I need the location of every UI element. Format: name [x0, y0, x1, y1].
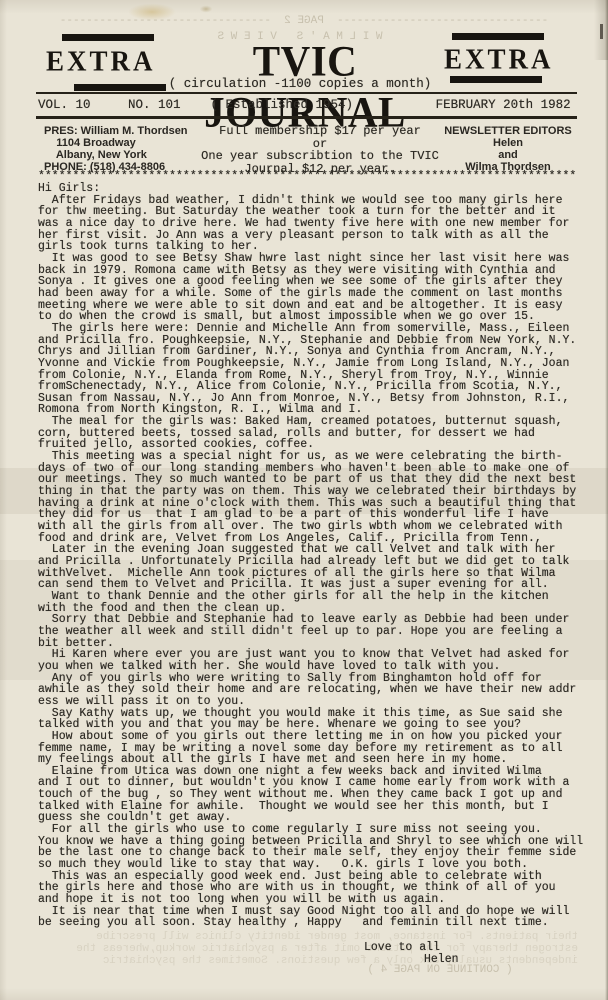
- body-paragraph: The meal for the girls was: Baked Ham, c…: [38, 416, 598, 451]
- salutation: Hi Girls:: [38, 183, 598, 195]
- masthead-extra-left: EXTRA: [46, 45, 156, 78]
- body-paragraph: For all the girls who use to come regula…: [38, 824, 598, 871]
- bleedthrough-fragment: their patients. For instance, most gende…: [30, 931, 578, 943]
- body-paragraph: It was good to see Betsy Shaw hwre last …: [38, 253, 598, 323]
- body-paragraph: This was an especially good week end. Ju…: [38, 871, 598, 906]
- body-paragraph: Hi Karen where ever you are just want yo…: [38, 649, 598, 672]
- body-paragraph: Elaine from Utica was down one night a f…: [38, 766, 598, 824]
- masthead-bar-top-left: [62, 34, 154, 41]
- newsletter-editors-block: NEWSLETTER EDITORS Helen and Wilma Thord…: [438, 125, 578, 173]
- signature-name: Helen: [424, 953, 459, 966]
- bleedthrough-page-header: -------------------------------- PAGE 2 …: [20, 15, 588, 27]
- masthead-bar-bottom-right: [450, 76, 542, 83]
- asterisk-divider: ****************************************…: [38, 170, 576, 183]
- membership-rates-block: Full membership $17 per year or One year…: [195, 125, 445, 175]
- body-paragraph: Want to thank Dennie and the other girls…: [38, 591, 598, 614]
- divider-rule-top: [36, 92, 577, 94]
- president-address-block: PRES: William M. Thordsen 1104 Broadway …: [44, 125, 188, 173]
- masthead-bar-top-right: [452, 33, 544, 40]
- body-paragraph: This meeting was a special night for us,…: [38, 451, 598, 544]
- bleedthrough-fragment: estrogen therapy for the patient omit af…: [30, 943, 578, 955]
- body-paragraph: Say Kathy wats up, we thought you would …: [38, 708, 598, 731]
- body-paragraph: How about some of you girls out there le…: [38, 731, 598, 766]
- body-paragraph: Any of you girls who were writing to Sal…: [38, 673, 598, 708]
- letter-body: Hi Girls: After Fridays bad weather, I d…: [38, 183, 598, 929]
- scan-corner-shade: [594, 0, 608, 60]
- body-paragraph: Later in the evening Joan suggested that…: [38, 544, 598, 591]
- masthead-extra-right: EXTRA: [444, 43, 554, 76]
- divider-rule-bottom: [36, 116, 577, 119]
- circulation-note: ( circulation -1100 copies a month): [140, 77, 460, 91]
- body-paragraph: The girls here were: Dennie and Michelle…: [38, 323, 598, 416]
- newsletter-page: -------------------------------- PAGE 2 …: [0, 0, 608, 1000]
- body-paragraph: Sorry that Debbie and Stephanie had to l…: [38, 614, 598, 649]
- body-paragraph: After Fridays bad weather, I didn't thin…: [38, 195, 598, 253]
- issue-line: VOL. 10 NO. 101 ( Established 1954) FEBR…: [38, 98, 571, 112]
- body-paragraph: It is near that time when I must say Goo…: [38, 906, 598, 929]
